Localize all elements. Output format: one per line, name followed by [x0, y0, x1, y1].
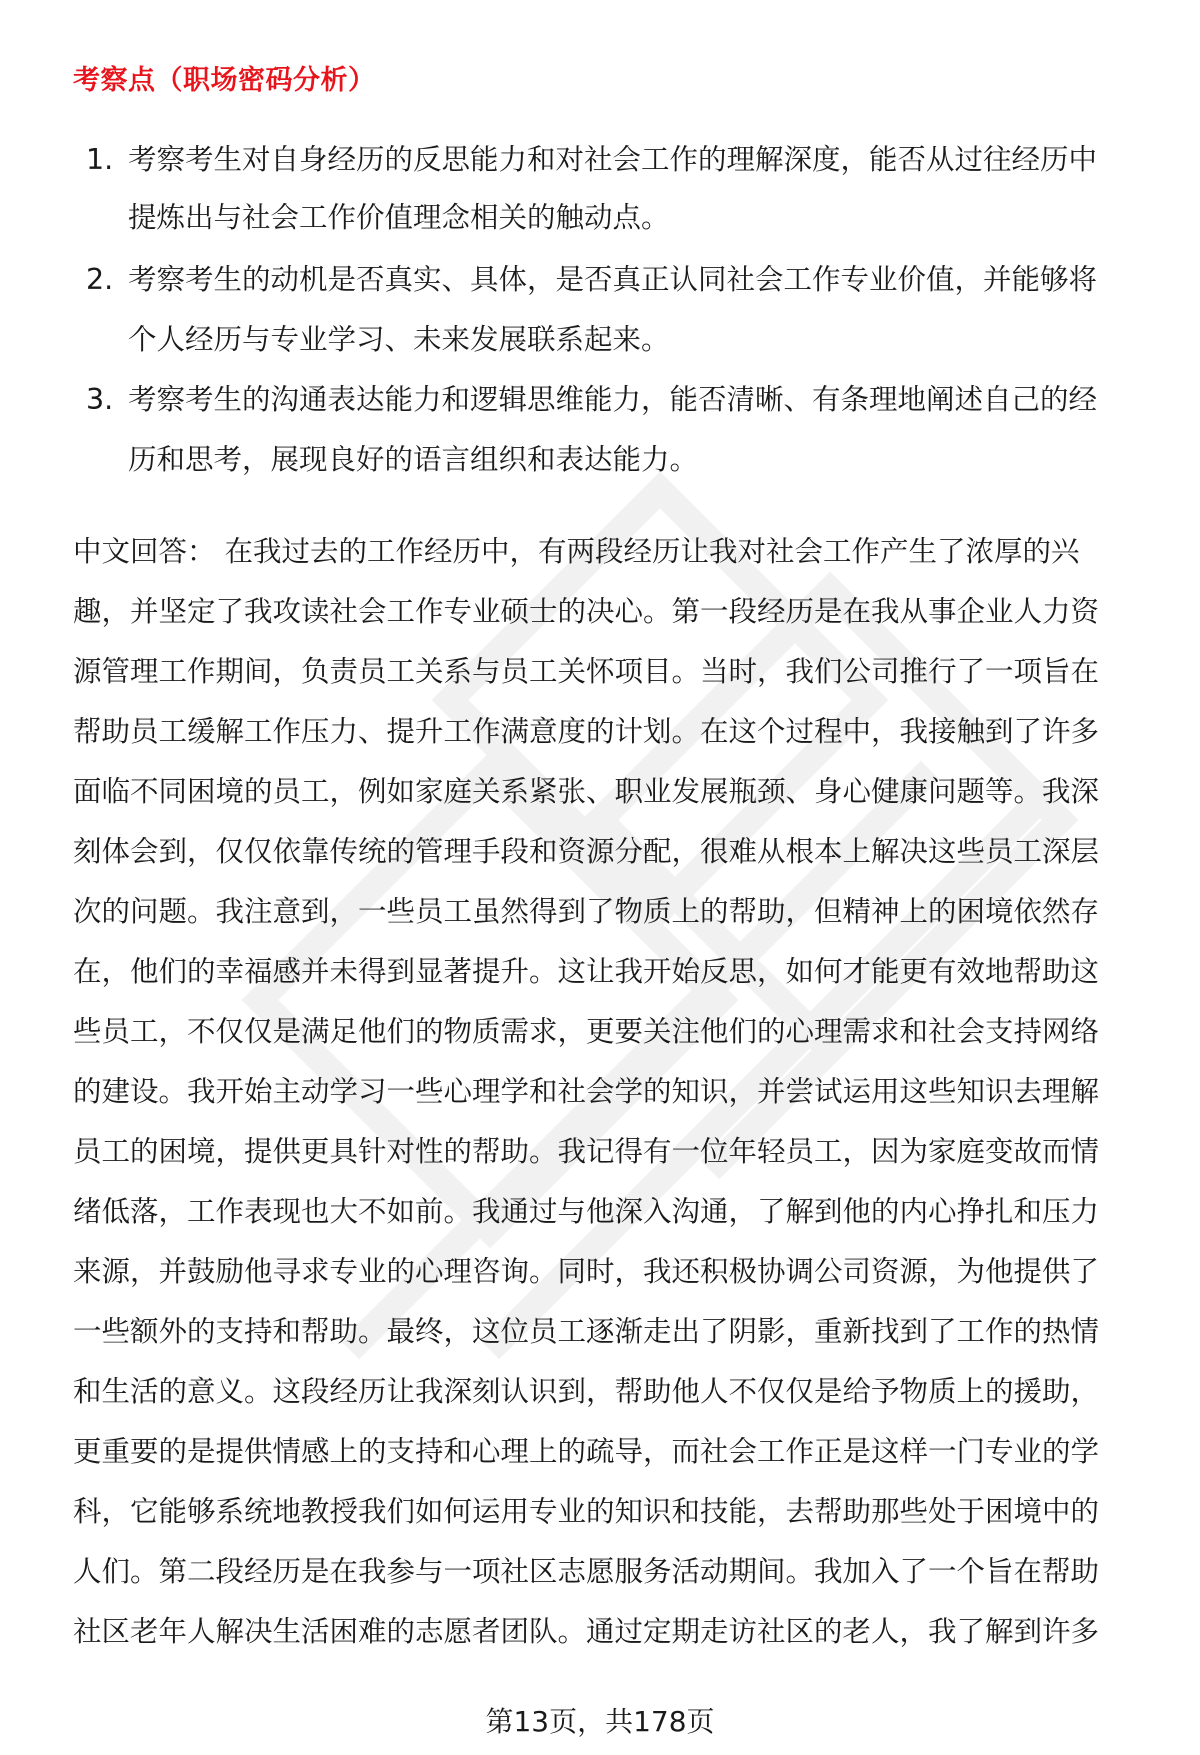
list-item-number: 3. — [86, 380, 113, 420]
answer-line: 人们。第二段经历是在我参与一项社区志愿服务活动期间。我加入了一个旨在帮助 — [73, 1552, 1099, 1592]
answer-line: 更重要的是提供情感上的支持和心理上的疏导，而社会工作正是这样一门专业的学 — [73, 1432, 1099, 1472]
answer-line: 刻体会到，仅仅依靠传统的管理手段和资源分配，很难从根本上解决这些员工深层 — [73, 832, 1099, 872]
list-item-text: 考察考生的动机是否真实、具体，是否真正认同社会工作专业价值，并能够将 — [128, 260, 1097, 300]
answer-line: 来源，并鼓励他寻求专业的心理咨询。同时，我还积极协调公司资源，为他提供了 — [73, 1252, 1099, 1292]
answer-line: 和生活的意义。这段经历让我深刻认识到，帮助他人不仅仅是给予物质上的援助， — [73, 1372, 1099, 1412]
answer-line: 一些额外的支持和帮助。最终，这位员工逐渐走出了阴影，重新找到了工作的热情 — [73, 1312, 1099, 1352]
list-item-text: 提炼出与社会工作价值理念相关的触动点。 — [128, 198, 670, 238]
list-item-text: 历和思考，展现良好的语言组织和表达能力。 — [128, 440, 698, 480]
answer-line: 帮助员工缓解工作压力、提升工作满意度的计划。在这个过程中，我接触到了许多 — [73, 712, 1099, 752]
document-page: 考察点（职场密码分析） 1. 考察考生对自身经历的反思能力和对社会工作的理解深度… — [0, 0, 1200, 1755]
list-item-text: 考察考生对自身经历的反思能力和对社会工作的理解深度，能否从过往经历中 — [128, 140, 1097, 180]
list-item-number: 1. — [86, 140, 113, 180]
page-number: 第13页，共178页 — [0, 1702, 1200, 1742]
answer-line: 面临不同困境的员工，例如家庭关系紧张、职业发展瓶颈、身心健康问题等。我深 — [73, 772, 1099, 812]
answer-line: 科，它能够系统地教授我们如何运用专业的知识和技能，去帮助那些处于困境中的 — [73, 1492, 1099, 1532]
answer-line: 中文回答： 在我过去的工作经历中，有两段经历让我对社会工作产生了浓厚的兴 — [73, 532, 1080, 572]
list-item-number: 2. — [86, 260, 113, 300]
section-title: 考察点（职场密码分析） — [73, 62, 376, 100]
answer-line: 在，他们的幸福感并未得到显著提升。这让我开始反思，如何才能更有效地帮助这 — [73, 952, 1099, 992]
answer-line: 源管理工作期间，负责员工关系与员工关怀项目。当时，我们公司推行了一项旨在 — [73, 652, 1099, 692]
answer-line: 社区老年人解决生活困难的志愿者团队。通过定期走访社区的老人，我了解到许多 — [73, 1612, 1099, 1652]
answer-line: 绪低落，工作表现也大不如前。我通过与他深入沟通，了解到他的内心挣扎和压力 — [73, 1192, 1099, 1232]
list-item-text: 个人经历与专业学习、未来发展联系起来。 — [128, 320, 670, 360]
answer-line: 员工的困境，提供更具针对性的帮助。我记得有一位年轻员工，因为家庭变故而情 — [73, 1132, 1099, 1172]
list-item-text: 考察考生的沟通表达能力和逻辑思维能力，能否清晰、有条理地阐述自己的经 — [128, 380, 1097, 420]
answer-line: 的建设。我开始主动学习一些心理学和社会学的知识，并尝试运用这些知识去理解 — [73, 1072, 1099, 1112]
answer-line: 趣，并坚定了我攻读社会工作专业硕士的决心。第一段经历是在我从事企业人力资 — [73, 592, 1099, 632]
answer-line: 次的问题。我注意到，一些员工虽然得到了物质上的帮助，但精神上的困境依然存 — [73, 892, 1099, 932]
answer-line: 些员工，不仅仅是满足他们的物质需求，更要关注他们的心理需求和社会支持网络 — [73, 1012, 1099, 1052]
